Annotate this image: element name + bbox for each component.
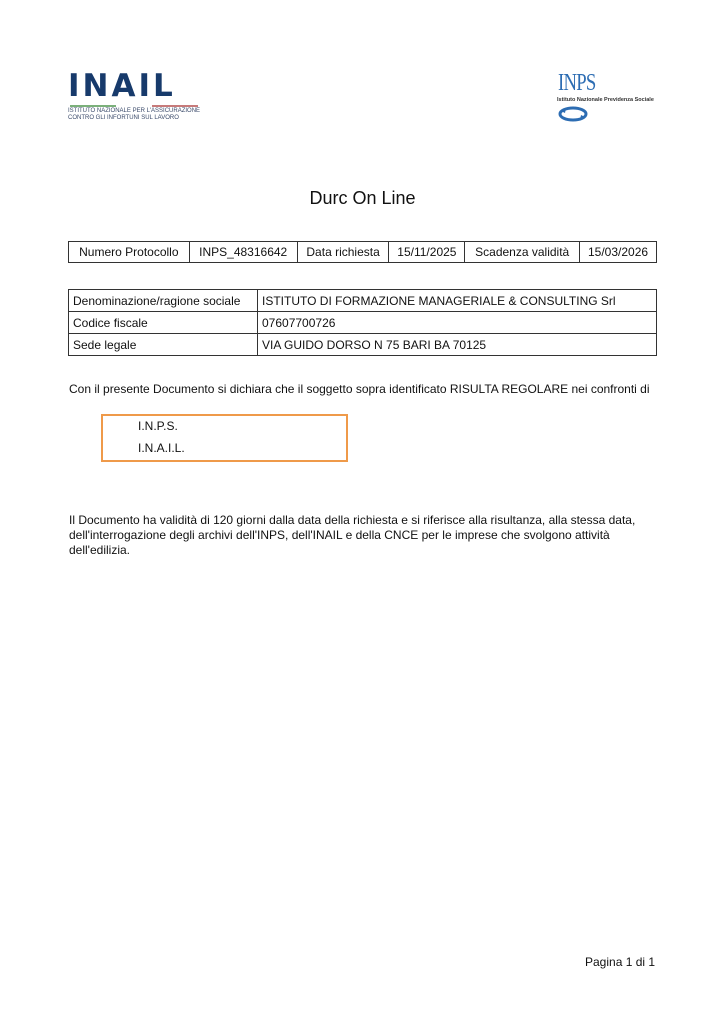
table-row: Codice fiscale 07607700726 xyxy=(69,312,657,334)
page-title: Durc On Line xyxy=(0,188,725,209)
validity-text: Il Documento ha validità di 120 giorni d… xyxy=(69,513,669,558)
inps-logo: INPS Istituto Nazionale Previdenza Socia… xyxy=(557,70,667,125)
inps-logo-text: INPS xyxy=(558,70,595,96)
protocol-value: INPS_48316642 xyxy=(189,242,297,263)
protocol-table: Numero Protocollo INPS_48316642 Data ric… xyxy=(68,241,657,263)
table-row: Denominazione/ragione sociale ISTITUTO D… xyxy=(69,290,657,312)
request-date-value: 15/11/2025 xyxy=(389,242,465,263)
page-indicator: Pagina 1 di 1 xyxy=(585,955,655,969)
tax-code-label: Codice fiscale xyxy=(69,312,258,334)
company-name-label: Denominazione/ragione sociale xyxy=(69,290,258,312)
declaration-text: Con il presente Documento si dichiara ch… xyxy=(69,382,650,396)
registered-office-value: VIA GUIDO DORSO N 75 BARI BA 70125 xyxy=(258,334,657,356)
inail-green-bar xyxy=(70,105,116,107)
entity-inps: I.N.P.S. xyxy=(138,419,178,433)
entity-inail: I.N.A.I.L. xyxy=(138,441,185,455)
expiry-value: 15/03/2026 xyxy=(580,242,657,263)
company-table: Denominazione/ragione sociale ISTITUTO D… xyxy=(68,289,657,356)
inps-subtitle: Istituto Nazionale Previdenza Sociale xyxy=(557,97,654,103)
validity-line-2: dell'interrogazione degli archivi dell'I… xyxy=(69,528,669,558)
inail-subtitle: ISTITUTO NAZIONALE PER L'ASSICURAZIONE C… xyxy=(68,108,200,122)
table-row: Numero Protocollo INPS_48316642 Data ric… xyxy=(69,242,657,263)
entities-box: I.N.P.S. I.N.A.I.L. xyxy=(101,414,348,462)
registered-office-label: Sede legale xyxy=(69,334,258,356)
inps-swirl-icon xyxy=(557,105,589,123)
inail-subtitle-line1: ISTITUTO NAZIONALE PER L'ASSICURAZIONE xyxy=(68,108,200,115)
inail-subtitle-line2: CONTRO GLI INFORTUNI SUL LAVORO xyxy=(68,115,200,122)
inail-logo-text: INAIL xyxy=(68,70,176,102)
inail-logo: INAIL ISTITUTO NAZIONALE PER L'ASSICURAZ… xyxy=(68,70,200,120)
expiry-label: Scadenza validità xyxy=(465,242,580,263)
inail-red-bar xyxy=(152,105,198,107)
validity-line-1: Il Documento ha validità di 120 giorni d… xyxy=(69,513,669,528)
request-date-label: Data richiesta xyxy=(297,242,389,263)
table-row: Sede legale VIA GUIDO DORSO N 75 BARI BA… xyxy=(69,334,657,356)
company-name-value: ISTITUTO DI FORMAZIONE MANAGERIALE & CON… xyxy=(258,290,657,312)
protocol-label: Numero Protocollo xyxy=(69,242,190,263)
tax-code-value: 07607700726 xyxy=(258,312,657,334)
